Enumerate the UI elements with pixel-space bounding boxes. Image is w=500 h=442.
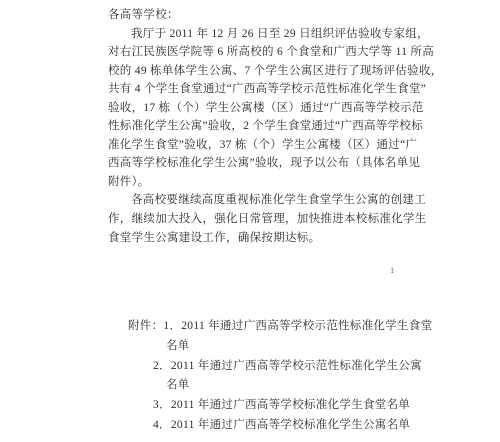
page-number: 1 [390, 265, 394, 275]
text-line: 附件）。 [108, 173, 404, 192]
body-text: 各高等学校： 我厅于 2011 年 12 月 26 日至 29 日组织评估验收专… [108, 6, 404, 247]
text-line: 校的 49 栋单体学生公寓、7 个学生公寓区进行了现场评估验收， [108, 62, 404, 81]
attachment-item: 2．2011 年通过广西高等学校示范性标准化学生公寓 [128, 357, 432, 377]
text-line: 我厅于 2011 年 12 月 26 日至 29 日组织评估验收专家组， [108, 25, 404, 44]
salutation: 各高等学校： [108, 6, 404, 25]
attachment-label: 附件： [128, 320, 163, 332]
attachment-item-continuation: 名单 [128, 337, 432, 357]
attachment-item-continuation: 名单 [128, 376, 432, 396]
text-line: 性标准化学生公寓”验收，2 个学生食堂通过“广西高等学校标 [108, 117, 404, 136]
document-page: 各高等学校： 我厅于 2011 年 12 月 26 日至 29 日组织评估验收专… [0, 0, 500, 442]
attachment-item-text: 1．2011 年通过广西高等学校示范性标准化学生食堂 [163, 320, 432, 332]
paragraph-1: 我厅于 2011 年 12 月 26 日至 29 日组织评估验收专家组，对右江民… [108, 25, 404, 192]
paragraph-2: 各高校要继续高度重视标准化学生食堂学生公寓的创建工作，继续加大投入，强化日常管理… [108, 191, 404, 247]
text-line: 对右江民族医学院等 6 所高校的 6 个食堂和广西大学等 11 所高 [108, 43, 404, 62]
text-line: 准化学生食堂”验收，37 栋（个）学生公寓楼（区）通过“广 [108, 136, 404, 155]
text-line: 食堂学生公寓建设工作，确保按期达标。 [108, 229, 404, 248]
text-line: 各高校要继续高度重视标准化学生食堂学生公寓的创建工 [108, 191, 404, 210]
attachment-item: 4．2011 年通过广西高等学校标准化学生公寓名单 [128, 416, 432, 436]
attachment-item: 3．2011 年通过广西高等学校标准化学生食堂名单 [128, 396, 432, 416]
attachment-item: 附件：1．2011 年通过广西高等学校示范性标准化学生食堂 [128, 317, 432, 337]
text-line: 作，继续加大投入，强化日常管理，加快推进本校标准化学生 [108, 210, 404, 229]
text-line: 共有 4 个学生食堂通过“广西高等学校示范性标准化学生食堂” [108, 80, 404, 99]
text-line: 西高等学校标准化学生公寓”验收，现予以公布（具体名单见 [108, 154, 404, 173]
text-line: 验收，17 栋（个）学生公寓楼（区）通过“广西高等学校示范 [108, 99, 404, 118]
attachment-list: 附件：1．2011 年通过广西高等学校示范性标准化学生食堂名单2．2011 年通… [128, 317, 432, 436]
